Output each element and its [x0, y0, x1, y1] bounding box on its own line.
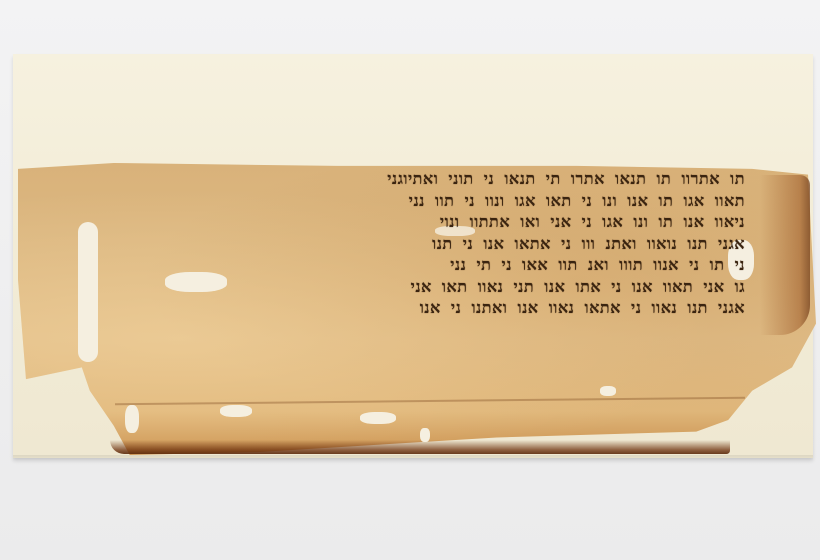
text-line: אגני תנו נאוו ני אתאו נאוו אנו ואתנו ני …: [105, 297, 745, 319]
text-line: ניאוו אנו תו ונו אגו ני אני ואו אתתוו ונ…: [105, 211, 745, 233]
text-line: ני תו ני אנוו תווו ואנ תוו אאו ני תי נני: [105, 254, 745, 276]
parchment-hole: [220, 405, 252, 417]
parchment-hole: [360, 412, 396, 424]
text-line: תאוו אגו תו אנו ונו ני תאו אגו ונוו ני ת…: [105, 190, 745, 212]
burnt-bottom-edge: [110, 440, 730, 454]
parchment-hole: [600, 386, 616, 396]
parchment-hole: [125, 405, 139, 433]
text-line: גו אני תאוו אנו ני אתו אנו תני נאוו תאו …: [105, 276, 745, 298]
manuscript-text: תו אתרוו תו תנאו אתרו תי תנאו ני תוני וא…: [105, 168, 745, 319]
parchment-hole: [420, 428, 430, 442]
mount-shadow: [13, 455, 813, 461]
text-line: תו אתרוו תו תנאו אתרו תי תנאו ני תוני וא…: [105, 168, 745, 190]
parchment-hole: [78, 222, 98, 362]
burnt-right-edge: [760, 175, 810, 335]
text-line: אגני תנו נואוו ואתנ ווו ני אתאו אנו ני ת…: [105, 233, 745, 255]
